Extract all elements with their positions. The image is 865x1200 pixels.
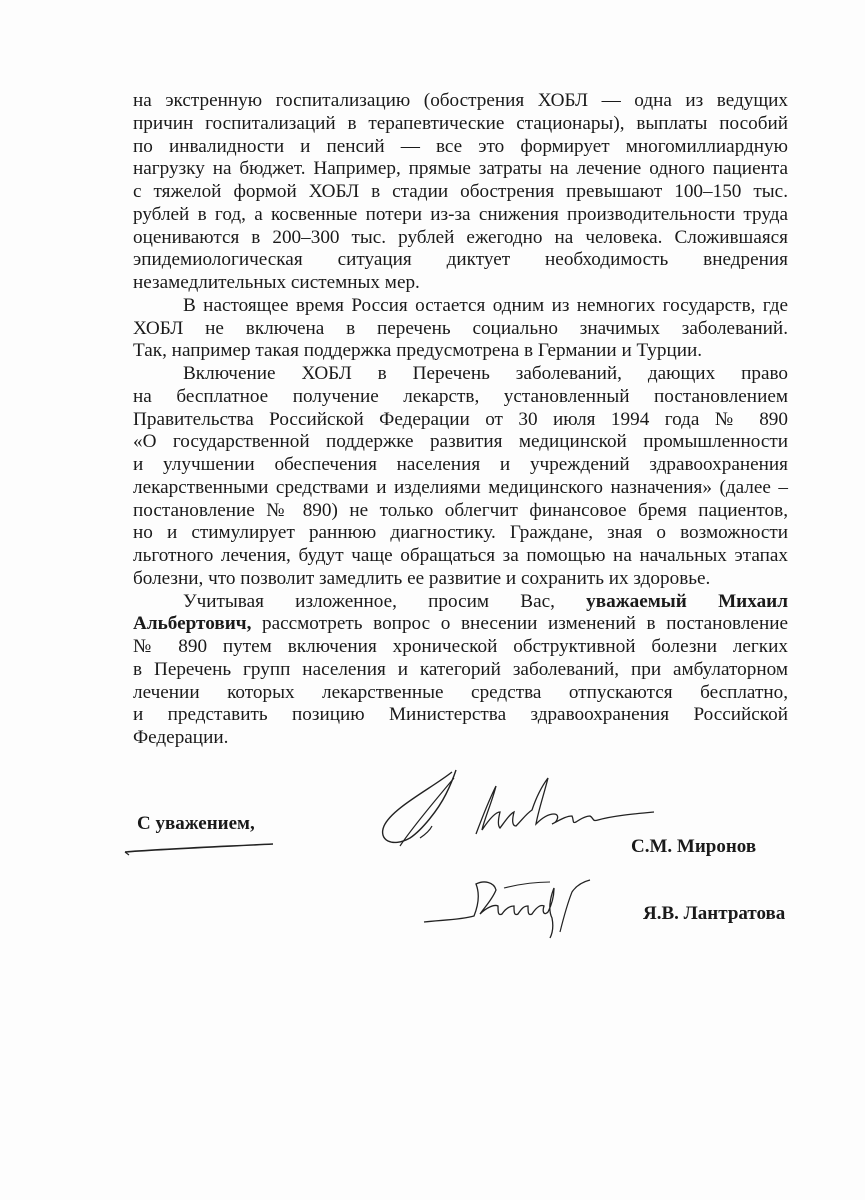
- handwritten-underline-icon: [123, 843, 275, 857]
- text-line: Альбертович, рассмотреть вопрос о внесен…: [133, 613, 788, 636]
- text-line: «О государственной поддержке развития ме…: [133, 431, 788, 454]
- text-line: и улучшении обеспечения населения и учре…: [133, 454, 788, 477]
- closing-salutation: С уважением,: [137, 813, 255, 835]
- text-line: Учитывая изложенное, просим Вас, уважаем…: [133, 591, 788, 614]
- text-line: с тяжелой формой ХОБЛ в стадии обострени…: [133, 181, 788, 204]
- addressee-name: уважаемый Михаил: [586, 591, 788, 612]
- text-line: № 890 путем включения хронической обстру…: [133, 636, 788, 659]
- paragraph-2: В настоящее время Россия остается одним …: [133, 295, 788, 363]
- paragraph-1: на экстренную госпитализацию (обострения…: [133, 90, 788, 295]
- text-line: льготного лечения, будут чаще обращаться…: [133, 545, 788, 568]
- text-line: Включение ХОБЛ в Перечень заболеваний, д…: [133, 363, 788, 386]
- text-line: лекарственными средствами и изделиями ме…: [133, 477, 788, 500]
- addressee-patronymic: Альбертович,: [133, 613, 251, 634]
- text-line: Федерации.: [133, 727, 788, 750]
- text-line: по инвалидности и пенсий — все это форми…: [133, 136, 788, 159]
- text-line: Так, например такая поддержка предусмотр…: [133, 340, 788, 363]
- letter-body: на экстренную госпитализацию (обострения…: [133, 90, 788, 750]
- text-line: болезни, что позволит замедлить ее разви…: [133, 568, 788, 591]
- paragraph-3: Включение ХОБЛ в Перечень заболеваний, д…: [133, 363, 788, 591]
- signature-lantratova-icon: [420, 870, 600, 940]
- signature-mironov-icon: [372, 768, 662, 853]
- paragraph-4: Учитывая изложенное, просим Вас, уважаем…: [133, 591, 788, 750]
- document-page: на экстренную госпитализацию (обострения…: [0, 0, 865, 1200]
- text-line: причин госпитализаций в терапевтические …: [133, 113, 788, 136]
- text-line: рублей в год, а косвенные потери из-за с…: [133, 204, 788, 227]
- text-line: и представить позицию Министерства здрав…: [133, 704, 788, 727]
- text-line: на бесплатное получение лекарств, устано…: [133, 386, 788, 409]
- text-run: Учитывая изложенное, просим Вас,: [183, 591, 586, 612]
- text-line: Правительства Российской Федерации от 30…: [133, 409, 788, 432]
- text-line: в Перечень групп населения и категорий з…: [133, 659, 788, 682]
- text-line: незамедлительных системных мер.: [133, 272, 788, 295]
- text-line: оцениваются в 200–300 тыс. рублей ежегод…: [133, 227, 788, 250]
- text-line: В настоящее время Россия остается одним …: [133, 295, 788, 318]
- text-line: на экстренную госпитализацию (обострения…: [133, 90, 788, 113]
- text-run: рассмотреть вопрос о внесении изменений …: [251, 613, 788, 634]
- signatory-name: С.М. Миронов: [631, 836, 756, 858]
- text-line: нагрузку на бюджет. Например, прямые зат…: [133, 158, 788, 181]
- text-line: лечении которых лекарственные средства о…: [133, 682, 788, 705]
- text-line: ХОБЛ не включена в перечень социально зн…: [133, 318, 788, 341]
- signatory-name: Я.В. Лантратова: [643, 903, 785, 925]
- text-line: постановление № 890) не только облегчит …: [133, 500, 788, 523]
- text-line: но и стимулирует раннюю диагностику. Гра…: [133, 522, 788, 545]
- text-line: эпидемиологическая ситуация диктует необ…: [133, 249, 788, 272]
